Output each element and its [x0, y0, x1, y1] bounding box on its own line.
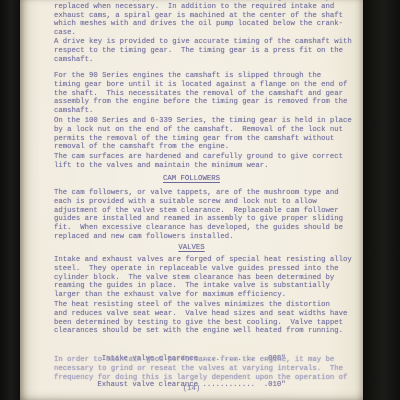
paragraph-90-series: For the 90 Series engines the camshaft i… [54, 72, 358, 116]
paragraph-100-series: On the 100 Series and 6-339 Series, the … [54, 117, 358, 152]
paragraph-cam-followers: The cam followers, or valve tappets, are… [54, 189, 358, 242]
paragraph-valves-material: Intake and exhaust valves are forged of … [54, 256, 358, 300]
section-heading-cam-followers: CAM FOLLOWERS [20, 175, 363, 184]
paragraph-camshaft-bearings: The camshaft is supported in 4 babbitt l… [54, 0, 358, 38]
section-heading-valves: VALVES [20, 244, 363, 253]
scanned-manual-page: The camshaft is supported in 4 babbitt l… [0, 0, 400, 400]
scan-border-left [0, 0, 20, 400]
page-number: (14) [20, 385, 363, 394]
paragraph-valve-maintenance: In order to maintain good performance fr… [54, 356, 358, 382]
paragraph-valve-seats: The heat resisting steel of the valves m… [54, 301, 358, 336]
page: The camshaft is supported in 4 babbitt l… [20, 0, 363, 400]
paragraph-cam-surfaces: The cam surfaces are hardened and carefu… [54, 153, 358, 171]
paragraph-drive-key: A drive key is provided to give accurate… [54, 38, 358, 64]
scan-border-right [363, 0, 400, 400]
